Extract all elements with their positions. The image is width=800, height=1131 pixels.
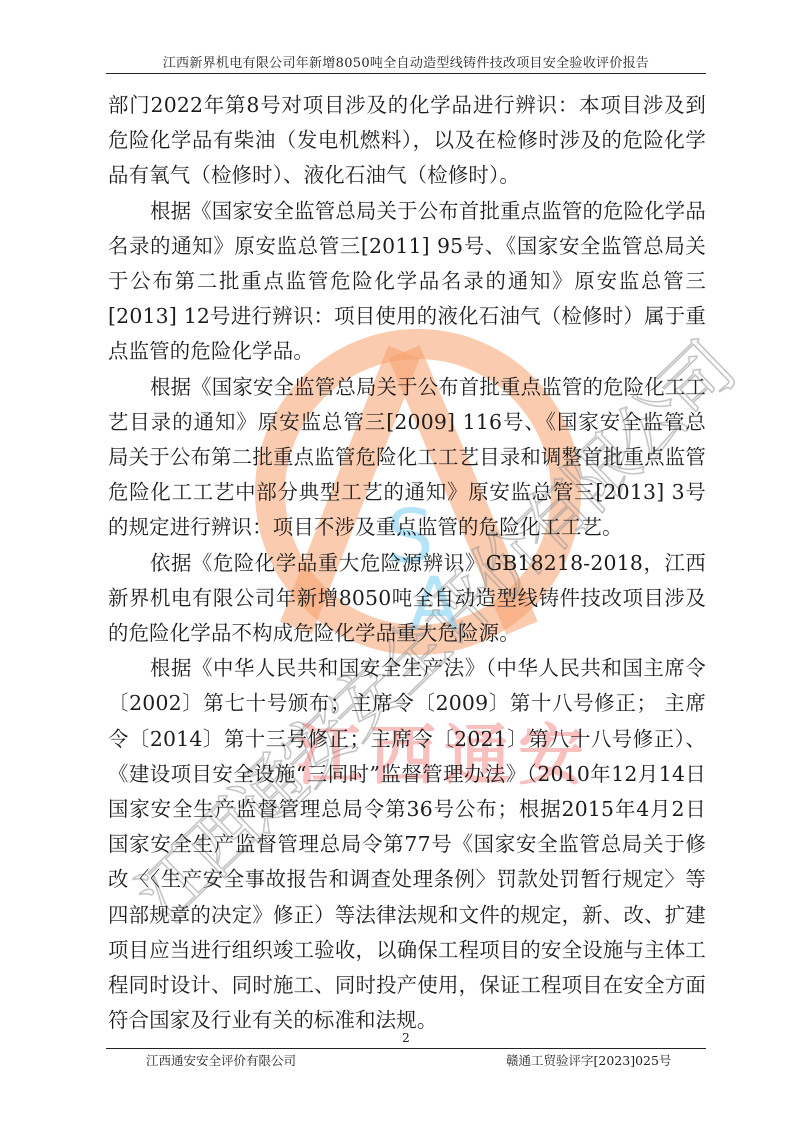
paragraph-major-hazard-source: 依据《危险化学品重大危险源辨识》GB18218-2018，江西新界机电有限公司年… bbox=[108, 546, 706, 652]
paragraph-key-supervised-chemicals: 根据《国家安全监管总局关于公布首批重点监管的危险化学品名录的通知》原安监总管三[… bbox=[108, 194, 706, 370]
paragraph-hazardous-chemicals-identification: 部门2022年第8号对项目涉及的化学品进行辨识：本项目涉及到危险化学品有柴油（发… bbox=[108, 88, 706, 194]
footer-company-name: 江西通安安全评价有限公司 bbox=[146, 1051, 296, 1069]
body-content: 部门2022年第8号对项目涉及的化学品进行辨识：本项目涉及到危险化学品有柴油（发… bbox=[108, 88, 706, 1038]
header-rule bbox=[106, 73, 706, 74]
document-page: 江西新界机电有限公司年新增8050吨全自动造型线铸件技改项目安全验收评价报告 S… bbox=[0, 0, 800, 1131]
running-header-title: 江西新界机电有限公司年新增8050吨全自动造型线铸件技改项目安全验收评价报告 bbox=[106, 52, 706, 71]
paragraph-legal-basis: 根据《中华人民共和国安全生产法》（中华人民共和国主席令〔2002〕第七十号颁布；… bbox=[108, 651, 706, 1038]
footer-document-number: 赣通工贸验评字[2023]025号 bbox=[506, 1051, 671, 1069]
footer-rule bbox=[106, 1048, 706, 1049]
paragraph-key-supervised-processes: 根据《国家安全监管总局关于公布首批重点监管的危险化工工艺目录的通知》原安监总管三… bbox=[108, 370, 706, 546]
